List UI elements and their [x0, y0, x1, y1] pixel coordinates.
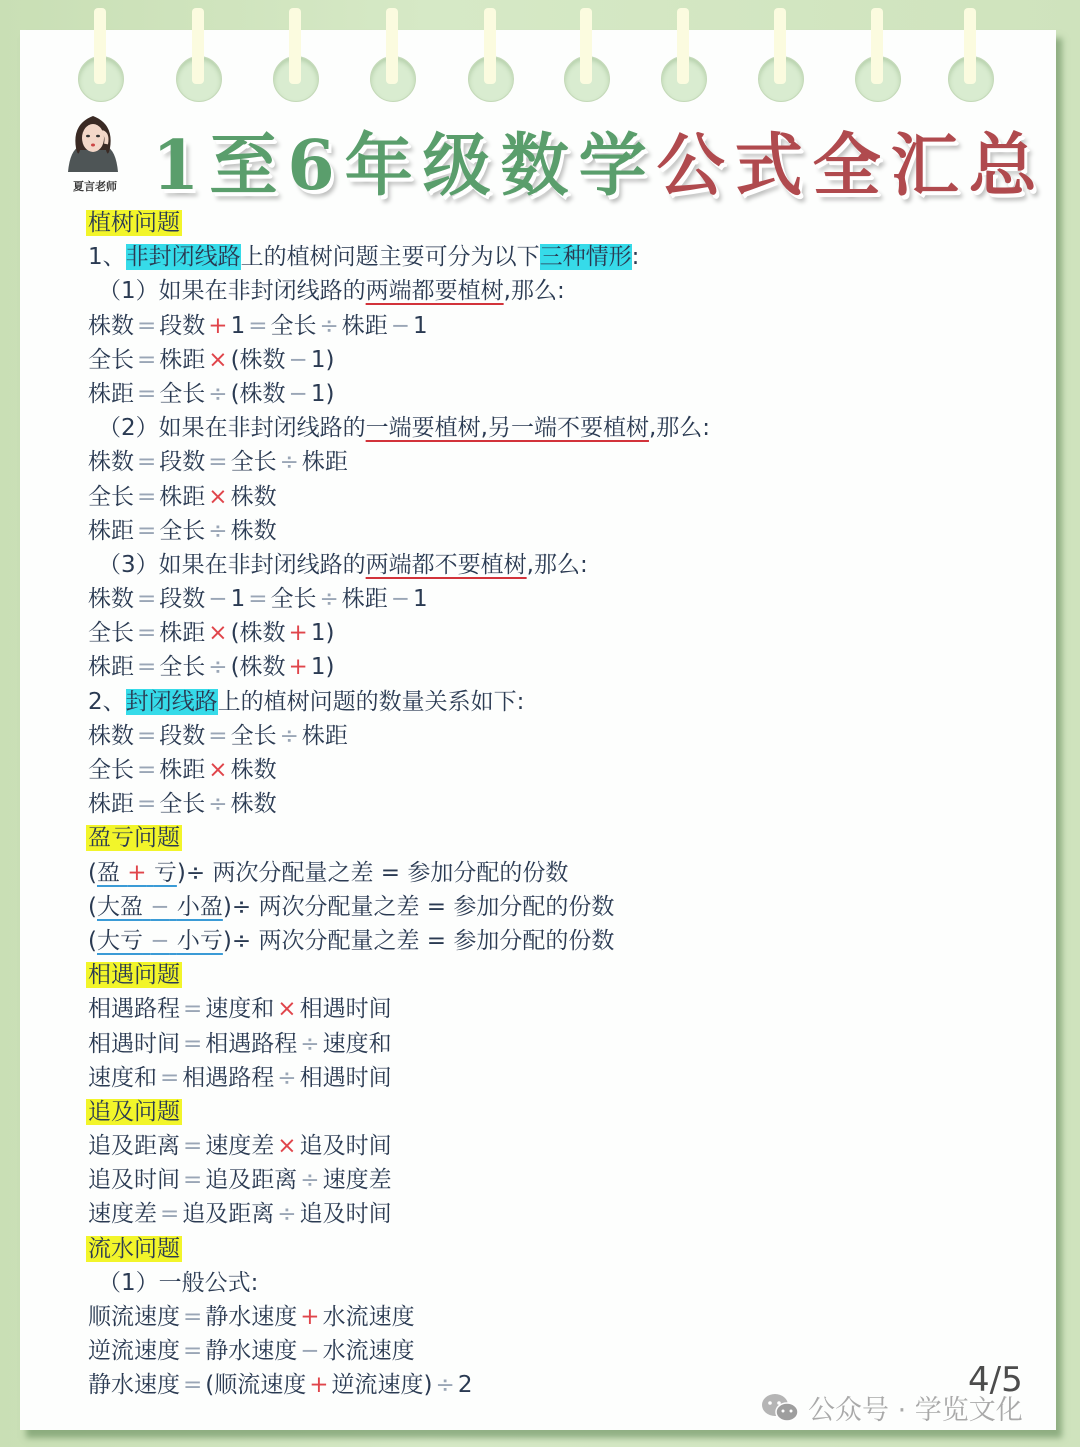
highlight-open-route: 非封闭线路: [126, 244, 241, 270]
term: 追及时间: [300, 1201, 392, 1227]
plus-operator: +: [309, 1372, 328, 1398]
chase-formulas: 追及距离=速度差×追及时间追及时间=追及距离÷速度差速度差=追及距离÷追及时间: [88, 1129, 710, 1232]
operator: ×: [277, 996, 296, 1022]
section-heading-stream: 流水问题: [86, 1236, 182, 1262]
profit-loss-formulas: (盈 + 亏)÷ 两次分配量之差 = 参加分配的份数(大盈 − 小盈)÷ 两次分…: [88, 856, 710, 959]
formula-line: 株数=段数=全长÷株距: [88, 719, 710, 753]
text: （1）如果在非封闭线路的: [98, 278, 366, 304]
watermark-text: 公众号 · 学览文化: [808, 1388, 1023, 1427]
term: 全长: [88, 620, 134, 646]
term: 株距: [88, 654, 134, 680]
ring-wire: [94, 8, 106, 84]
wechat-icon: [760, 1392, 800, 1424]
term: 速度差: [323, 1167, 392, 1193]
term: 1: [413, 586, 428, 612]
text: ,那么:: [504, 278, 565, 304]
term: (株数: [231, 381, 286, 407]
tree-case-2: （2）如果在非封闭线路的一端要植树,另一端不要植树,那么:: [88, 411, 710, 445]
text: ,那么:: [649, 415, 710, 441]
ring-wire: [484, 8, 496, 84]
operator: ÷: [208, 518, 227, 544]
text: )÷ 两次分配量之差 = 参加分配的份数: [177, 860, 568, 886]
tree-case-3: （3）如果在非封闭线路的两端都不要植树,那么:: [88, 548, 710, 582]
tree-case-1-formulas: 株数=段数+1=全长÷株距−1全长=株距×(株数−1)株距=全长÷(株数−1): [88, 309, 710, 412]
term: 速度和: [205, 996, 274, 1022]
operator: ×: [208, 620, 227, 646]
term: 静水速度: [88, 1372, 180, 1398]
operator: ÷: [208, 791, 227, 817]
operator: −: [289, 381, 308, 407]
text: )÷ 两次分配量之差 = 参加分配的份数: [223, 928, 614, 954]
ring-wire: [964, 8, 976, 84]
term: 全长: [88, 757, 134, 783]
underlined-condition: 两端都不要植树: [366, 552, 527, 578]
section-heading-meeting: 相遇问题: [86, 962, 182, 988]
term: 1: [231, 313, 246, 339]
ring-wire: [774, 8, 786, 84]
equals-operator: =: [137, 484, 156, 510]
term: 追及时间: [300, 1133, 392, 1159]
term: 相遇路程: [182, 1065, 274, 1091]
term: 全长: [270, 313, 316, 339]
equals-operator: =: [137, 757, 156, 783]
term: 株数: [88, 313, 134, 339]
plus-operator: +: [289, 654, 308, 680]
term: 全长: [270, 586, 316, 612]
term: 株数: [231, 757, 277, 783]
formula-line: 逆流速度=静水速度−水流速度: [88, 1334, 710, 1368]
formula-line: 全长=株距×(株数−1): [88, 343, 710, 377]
operator: ÷: [319, 586, 338, 612]
plus-operator: +: [289, 620, 308, 646]
paren: (: [88, 860, 97, 886]
underlined-condition: 两端都要植树: [366, 278, 504, 304]
operator: ÷: [436, 1372, 455, 1398]
stream-formulas: 顺流速度=静水速度+水流速度逆流速度=静水速度−水流速度静水速度=(顺流速度+逆…: [88, 1300, 710, 1403]
operator: ÷: [277, 1201, 296, 1227]
term: 株距: [88, 791, 134, 817]
term: 全长: [159, 791, 205, 817]
text: :: [632, 244, 640, 270]
operator: ÷: [280, 449, 299, 475]
formula-line: 速度和=相遇路程÷相遇时间: [88, 1061, 710, 1095]
term: 逆流速度): [332, 1372, 433, 1398]
term: 全长: [88, 484, 134, 510]
term: 1: [413, 313, 428, 339]
highlight-three-cases: 三种情形: [540, 244, 632, 270]
text: )÷ 两次分配量之差 = 参加分配的份数: [223, 894, 614, 920]
formula-line: 追及时间=追及距离÷速度差: [88, 1163, 710, 1197]
equals-operator: =: [137, 381, 156, 407]
equals-operator: =: [137, 654, 156, 680]
term: 段数: [159, 586, 205, 612]
term: 株数: [231, 791, 277, 817]
term: (株数: [231, 620, 286, 646]
section-heading-profit-loss: 盈亏问题: [86, 825, 182, 851]
operator: −: [391, 586, 410, 612]
term: 株距: [159, 757, 205, 783]
operator: ÷: [300, 1167, 319, 1193]
page-title: 1至6年级数学公式全汇总: [152, 112, 1047, 209]
tree-case-3-formulas: 株数=段数−1=全长÷株距−1全长=株距×(株数+1)株距=全长÷(株数+1): [88, 582, 710, 685]
tree-intro-2: 2、封闭线路上的植树问题的数量关系如下:: [88, 685, 710, 719]
operator: ÷: [208, 381, 227, 407]
formula-line: 株距=全长÷株数: [88, 514, 710, 548]
tree-case-1: （1）如果在非封闭线路的两端都要植树,那么:: [88, 274, 710, 308]
ring-wire: [386, 8, 398, 84]
term: 追及时间: [88, 1167, 180, 1193]
term: 静水速度: [205, 1338, 297, 1364]
underlined-term: 大亏 − 小亏: [97, 928, 223, 954]
operator: −: [208, 586, 227, 612]
text: ,那么:: [527, 552, 588, 578]
equals-operator: =: [137, 586, 156, 612]
formula-line: 相遇时间=相遇路程÷速度和: [88, 1027, 710, 1061]
text: 2、: [88, 689, 126, 715]
term: (株数: [231, 347, 286, 373]
term: 全长: [159, 518, 205, 544]
title-red-part: 公式全汇总: [657, 126, 1047, 206]
term: 株数: [88, 586, 134, 612]
formula-line: (大亏 − 小亏)÷ 两次分配量之差 = 参加分配的份数: [88, 924, 710, 958]
term: 全长: [231, 723, 277, 749]
term: 株数: [88, 449, 134, 475]
term: 全长: [159, 381, 205, 407]
tree-closed-formulas: 株数=段数=全长÷株距全长=株距×株数株距=全长÷株数: [88, 719, 710, 822]
underlined-term: 盈 + 亏: [97, 860, 177, 886]
underlined-condition: 一端要植树,另一端不要植树: [366, 415, 649, 441]
formula-line: 株距=全长÷株数: [88, 787, 710, 821]
term: 追及距离: [205, 1167, 297, 1193]
term: 静水速度: [205, 1304, 297, 1330]
title-green-part: 1至6年级数学: [152, 126, 657, 206]
term: 水流速度: [323, 1304, 415, 1330]
equals-operator: =: [183, 1167, 202, 1193]
term: 相遇时间: [88, 1031, 180, 1057]
term: 速度和: [88, 1065, 157, 1091]
operator: ÷: [277, 1065, 296, 1091]
term: 株距: [342, 313, 388, 339]
term: 逆流速度: [88, 1338, 180, 1364]
term: 2: [458, 1372, 473, 1398]
equals-operator: =: [183, 996, 202, 1022]
tree-case-2-formulas: 株数=段数=全长÷株距全长=株距×株数株距=全长÷株数: [88, 445, 710, 548]
equals-operator: =: [160, 1065, 179, 1091]
equals-operator: =: [160, 1201, 179, 1227]
operator: −: [289, 347, 308, 373]
operator: −: [391, 313, 410, 339]
term: 全长: [231, 449, 277, 475]
formula-line: 株距=全长÷(株数−1): [88, 377, 710, 411]
equals-operator: =: [248, 313, 267, 339]
term: 株距: [302, 449, 348, 475]
equals-operator: =: [183, 1031, 202, 1057]
term: 速度差: [205, 1133, 274, 1159]
section-heading-tree-planting: 植树问题: [86, 210, 182, 236]
formula-line: (盈 + 亏)÷ 两次分配量之差 = 参加分配的份数: [88, 856, 710, 890]
teacher-avatar-icon: [62, 110, 124, 180]
equals-operator: =: [183, 1304, 202, 1330]
formula-line: 相遇路程=速度和×相遇时间: [88, 992, 710, 1026]
operator: −: [300, 1338, 319, 1364]
paren: (: [88, 894, 97, 920]
term: 株距: [302, 723, 348, 749]
term: 速度差: [88, 1201, 157, 1227]
text: （2）如果在非封闭线路的: [98, 415, 366, 441]
equals-operator: =: [208, 449, 227, 475]
equals-operator: =: [183, 1372, 202, 1398]
plus-operator: +: [208, 313, 227, 339]
equals-operator: =: [248, 586, 267, 612]
term: 相遇时间: [300, 996, 392, 1022]
equals-operator: =: [137, 449, 156, 475]
highlight-closed-route: 封闭线路: [126, 689, 218, 715]
formula-line: 全长=株距×株数: [88, 753, 710, 787]
term: 段数: [159, 313, 205, 339]
term: 1): [311, 620, 335, 646]
term: 株距: [88, 381, 134, 407]
equals-operator: =: [137, 791, 156, 817]
term: 段数: [159, 449, 205, 475]
term: 株距: [88, 518, 134, 544]
formula-content: 植树问题 1、非封闭线路上的植树问题主要可分为以下三种情形: （1）如果在非封闭…: [88, 206, 710, 1403]
text: 上的植树问题主要可分为以下: [241, 244, 540, 270]
term: 段数: [159, 723, 205, 749]
ring-wire: [580, 8, 592, 84]
ring-wire: [871, 8, 883, 84]
operator: ÷: [208, 654, 227, 680]
term: 相遇路程: [205, 1031, 297, 1057]
term: 1): [311, 381, 335, 407]
formula-line: 株数=段数+1=全长÷株距−1: [88, 309, 710, 343]
ring-wire: [192, 8, 204, 84]
formula-line: 顺流速度=静水速度+水流速度: [88, 1300, 710, 1334]
operator: ×: [208, 757, 227, 783]
text: （3）如果在非封闭线路的: [98, 552, 366, 578]
paren: (: [88, 928, 97, 954]
equals-operator: =: [137, 518, 156, 544]
operator: ×: [277, 1133, 296, 1159]
formula-line: 株距=全长÷(株数+1): [88, 650, 710, 684]
ring-wire: [289, 8, 301, 84]
tree-intro-1: 1、非封闭线路上的植树问题主要可分为以下三种情形:: [88, 240, 710, 274]
text: 上的植树问题的数量关系如下:: [218, 689, 525, 715]
term: 株数: [231, 484, 277, 510]
formula-line: (大盈 − 小盈)÷ 两次分配量之差 = 参加分配的份数: [88, 890, 710, 924]
term: 相遇时间: [300, 1065, 392, 1091]
operator: ×: [208, 347, 227, 373]
term: 追及距离: [88, 1133, 180, 1159]
term: 1): [311, 654, 335, 680]
term: 1: [231, 586, 246, 612]
term: 株数: [231, 518, 277, 544]
term: 1): [311, 347, 335, 373]
equals-operator: =: [183, 1133, 202, 1159]
equals-operator: =: [137, 313, 156, 339]
term: 全长: [88, 347, 134, 373]
formula-line: 追及距离=速度差×追及时间: [88, 1129, 710, 1163]
equals-operator: =: [137, 620, 156, 646]
meeting-formulas: 相遇路程=速度和×相遇时间相遇时间=相遇路程÷速度和速度和=相遇路程÷相遇时间: [88, 992, 710, 1095]
equals-operator: =: [137, 723, 156, 749]
operator: ×: [208, 484, 227, 510]
term: (株数: [231, 654, 286, 680]
formula-line: 速度差=追及距离÷追及时间: [88, 1197, 710, 1231]
term: 顺流速度: [88, 1304, 180, 1330]
underlined-term: 大盈 − 小盈: [97, 894, 223, 920]
equals-operator: =: [137, 347, 156, 373]
formula-line: 静水速度=(顺流速度+逆流速度)÷2: [88, 1368, 710, 1402]
equals-operator: =: [183, 1338, 202, 1364]
term: 全长: [159, 654, 205, 680]
formula-line: 全长=株距×(株数+1): [88, 616, 710, 650]
formula-line: 全长=株距×株数: [88, 480, 710, 514]
term: 株距: [159, 620, 205, 646]
operator: ÷: [280, 723, 299, 749]
term: 速度和: [323, 1031, 392, 1057]
term: 株数: [88, 723, 134, 749]
avatar-label: 夏言老师: [62, 178, 128, 194]
term: 相遇路程: [88, 996, 180, 1022]
operator: ÷: [319, 313, 338, 339]
term: 株距: [342, 586, 388, 612]
ring-wire: [677, 8, 689, 84]
stream-subheading: （1）一般公式:: [88, 1266, 710, 1300]
formula-line: 株数=段数=全长÷株距: [88, 445, 710, 479]
term: (顺流速度: [205, 1372, 306, 1398]
term: 株距: [159, 484, 205, 510]
plus-operator: +: [300, 1304, 319, 1330]
text: 1、: [88, 244, 126, 270]
section-heading-chase: 追及问题: [86, 1099, 182, 1125]
formula-line: 株数=段数−1=全长÷株距−1: [88, 582, 710, 616]
term: 株距: [159, 347, 205, 373]
equals-operator: =: [208, 723, 227, 749]
watermark: 公众号 · 学览文化: [760, 1388, 1023, 1427]
term: 追及距离: [182, 1201, 274, 1227]
operator: ÷: [300, 1031, 319, 1057]
term: 水流速度: [323, 1338, 415, 1364]
